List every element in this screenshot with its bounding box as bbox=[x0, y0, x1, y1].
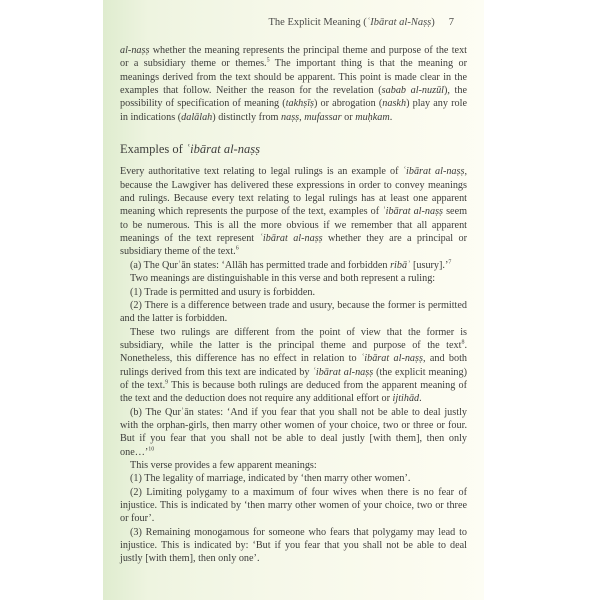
list-item: (1) The legality of marriage, indicated … bbox=[120, 472, 467, 485]
book-page: The Explicit Meaning (ʿIbārat al-Naṣṣ)7 … bbox=[103, 0, 484, 600]
list-item: (2) Limiting polygamy to a maximum of fo… bbox=[120, 486, 467, 526]
body-text: al-naṣṣ whether the meaning represents t… bbox=[120, 44, 467, 566]
paragraph: Two meanings are distinguishable in this… bbox=[120, 272, 467, 285]
page-number: 7 bbox=[449, 17, 454, 28]
paragraph: (a) The Qurʾān states: ‘Allāh has permit… bbox=[120, 259, 467, 272]
paragraph: These two rulings are different from the… bbox=[120, 326, 467, 406]
paragraph: (b) The Qurʾān states: ‘And if you fear … bbox=[120, 406, 467, 459]
list-item: (2) There is a difference between trade … bbox=[120, 299, 467, 326]
list-item: (3) Remaining monogamous for someone who… bbox=[120, 526, 467, 566]
list-item: (1) Trade is permitted and usury is forb… bbox=[120, 286, 467, 299]
section-heading: Examples of ʿibārat al-naṣṣ bbox=[120, 143, 467, 156]
footnote-ref: 6 bbox=[236, 246, 239, 252]
paragraph: Every authoritative text relating to leg… bbox=[120, 165, 467, 258]
running-title: The Explicit Meaning (ʿIbārat al-Naṣṣ) bbox=[269, 17, 435, 28]
paragraph: al-naṣṣ whether the meaning represents t… bbox=[120, 44, 467, 124]
footnote-ref: 10 bbox=[148, 446, 154, 452]
running-header: The Explicit Meaning (ʿIbārat al-Naṣṣ)7 bbox=[269, 17, 454, 28]
footnote-ref: 7 bbox=[448, 259, 451, 265]
paragraph: This verse provides a few apparent meani… bbox=[120, 459, 467, 472]
